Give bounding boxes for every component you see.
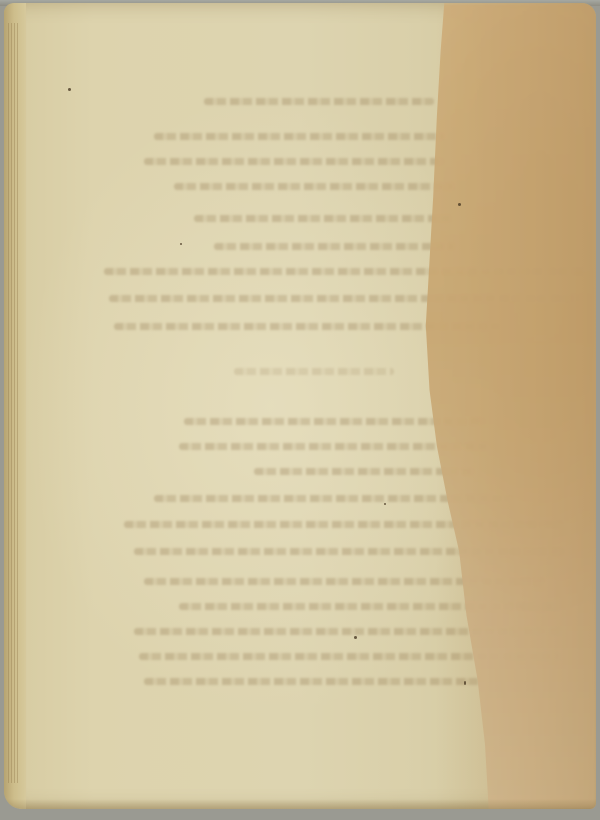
ink-speck: [464, 681, 466, 685]
bleed-line: [214, 243, 454, 250]
ink-speck: [458, 203, 461, 206]
bleed-line: [144, 158, 444, 165]
page-bottom-edge: [4, 799, 596, 809]
ink-speck: [68, 88, 71, 91]
ink-speck: [384, 503, 386, 505]
manuscript-page: [4, 3, 596, 809]
bleed-line: [234, 368, 394, 375]
bleed-line: [194, 215, 454, 222]
ink-speck: [354, 636, 357, 639]
ink-speck: [180, 243, 182, 245]
bleed-line: [204, 98, 434, 105]
water-stain-edge: [436, 3, 596, 809]
bleed-line: [174, 183, 454, 190]
bleed-line: [154, 133, 444, 140]
bleed-line: [144, 678, 484, 685]
